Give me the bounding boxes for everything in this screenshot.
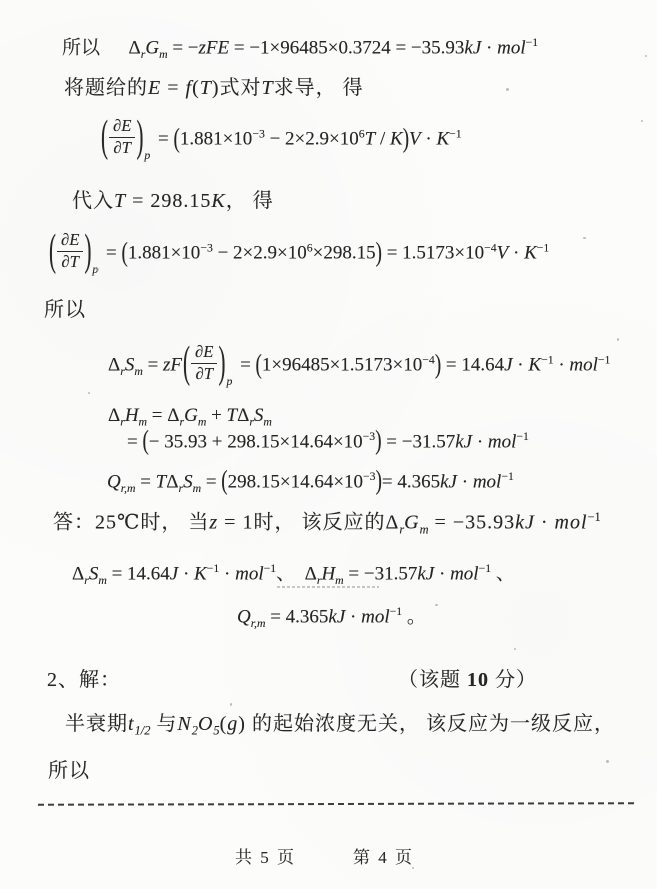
line-problem2-points: （该题 10 分） [398,668,537,693]
line-half-life-reasoning: 半衰期t1/2 与N2O5(g) 的起始浓度无关， 该反应为一级反应， [65,712,615,739]
scan-speck [96,268,99,271]
line-suoyi-1: 所以 [44,298,86,323]
scan-speck [606,760,609,763]
eq-delta-s: ΔrSm = zF(∂E∂T)p = (1×96485×1.5173×10−4)… [108,346,610,386]
scan-speck [506,88,509,91]
scan-speck [230,703,232,706]
line-delta-g-result: 所以 ΔrGm = −zFE = −1×96485×0.3724 = −35.9… [62,36,538,63]
line-answer-summary: 答：25℃时， 当z = 1时， 该反应的ΔrGm = −35.93kJ · m… [53,510,601,538]
line-suoyi-2: 所以 [48,759,90,784]
footer-current-page: 第 4 页 [353,843,414,868]
scan-speck [617,338,619,341]
footer-total-pages: 共 5 页 [235,843,296,868]
scan-speck [412,867,414,869]
scan-speck [514,648,516,650]
scan-speck [641,120,643,122]
eq-delta-h-definition: ΔrHm = ΔrGm + TΔrSm [108,404,272,430]
eq-dEdT-expression: (∂E∂T)p = (1.881×10−3 − 2×2.9×106T / K)V… [100,120,462,160]
eq-delta-h-value: = (− 35.93 + 298.15×14.64×10−3) = −31.57… [127,430,529,454]
eq-q-rm: Qr,m = TΔrSm = (298.15×14.64×10−3)= 4.36… [107,470,514,497]
scanned-exam-solution-page: 所以 ΔrGm = −zFE = −1×96485×0.3724 = −35.9… [0,0,657,889]
line-answer-s-h: ΔrSm = 14.64J · K−1 · mol−1、 ΔrHm = −31.… [72,562,515,589]
scan-underline-artifact [277,586,379,588]
dashed-divider [38,802,635,806]
scan-speck [583,237,586,239]
line-substitute-temperature: 代入T = 298.15K， 得 [72,189,274,214]
line-answer-q: Qr,m = 4.365kJ · mol−1 。 [237,605,426,632]
scan-speck [435,604,438,606]
line-problem2-label: 2、解： [47,668,121,693]
scan-speck [88,392,90,394]
eq-dEdT-value: (∂E∂T)p = (1.881×10−3 − 2×2.9×106×298.15… [48,234,549,274]
line-derivative-instruction: 将题给的E = f(T)式对T求导， 得 [64,76,364,101]
scan-speck [645,55,647,57]
